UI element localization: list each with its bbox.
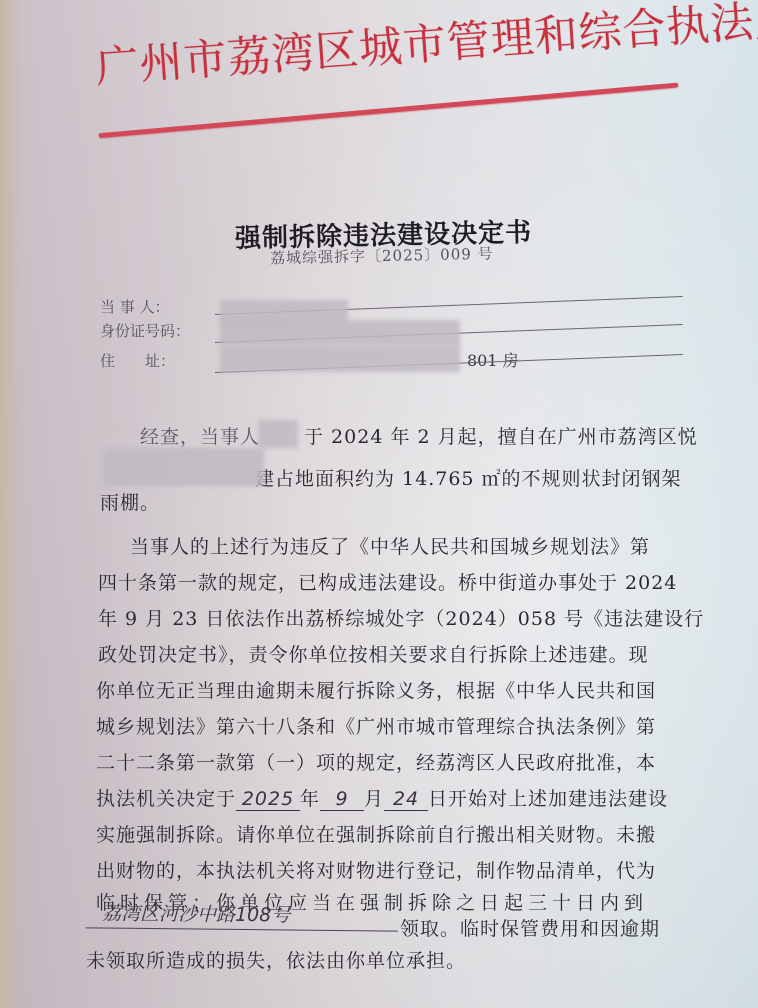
para2-line8: 执法机关决定于2025年9月24日开始对上述加建违法建设 <box>96 784 668 811</box>
para1-line3: 雨棚。 <box>100 488 160 515</box>
redacted-party-inline <box>258 420 298 448</box>
handwritten-year: 2025 <box>236 790 300 811</box>
para2-line7: 二十二条第一款第（一）项的规定，经荔湾区人民政府批准，本 <box>96 748 656 775</box>
address-field: 住 址： 801 房 <box>100 350 218 371</box>
para2-line3: 年 9 月 23 日依法作出荔桥综城处字（2024）058 号《违法建设行 <box>98 604 704 631</box>
redacted-location <box>104 448 264 486</box>
para2-line9: 实施强制拆除。请你单位在强制拆除前自行搬出相关财物。未搬 <box>96 820 656 847</box>
document-number: 荔城综强拆字〔2025〕009 号 <box>270 243 494 269</box>
id-number-label: 身份证号码： <box>100 320 218 341</box>
masthead: 广州市荔湾区城市管理和综合执法局 <box>92 0 678 128</box>
address-room: 801 房 <box>467 348 519 371</box>
id-number-field: 身份证号码： <box>100 320 218 341</box>
para2-line5: 你单位无正当理由逾期未履行拆除义务，根据《中华人民共和国 <box>96 676 656 703</box>
para2-line1: 当事人的上述行为违反了《中华人民共和国城乡规划法》第 <box>130 532 650 559</box>
redacted-id-number <box>220 320 460 346</box>
para2-line4: 政处罚决定书》，责令你单位按相关要求自行拆除上述违建。现 <box>98 640 649 667</box>
handwritten-pickup-address: 荔湾区河沙中路108号 <box>86 898 398 931</box>
address-label: 住 址： <box>100 350 218 371</box>
redacted-address <box>220 346 460 372</box>
agency-name: 广州市荔湾区城市管理和综合执法局 <box>93 0 758 95</box>
paper-edge <box>0 0 22 1008</box>
document-page: 广州市荔湾区城市管理和综合执法局 强制拆除违法建设决定书 荔城综强拆字〔2025… <box>0 0 758 1008</box>
handwritten-day: 24 <box>384 790 428 811</box>
para2-line10: 出财物的，本执法机关将对财物进行登记，制作物品清单，代为 <box>96 856 656 883</box>
para2-line2: 四十条第一款的规定，已构成违法建设。桥中街道办事处于 2024 <box>98 568 677 595</box>
party-name-field: 当 事 人： <box>100 296 218 317</box>
para2-line12: 领取。临时保管费用和因逾期 <box>400 914 660 941</box>
para2-line6: 城乡规划法》第六十八条和《广州市城市管理综合执法条例》第 <box>96 712 656 739</box>
para1-line1: 经查，当事人于 2024 年 2 月起，擅自在广州市荔湾区悦 <box>140 422 698 449</box>
party-name-label: 当 事 人： <box>100 296 218 317</box>
handwritten-month: 9 <box>320 790 364 811</box>
para2-line13: 未领取所造成的损失，依法由你单位承担。 <box>86 946 466 973</box>
red-rule-divider <box>98 82 678 138</box>
